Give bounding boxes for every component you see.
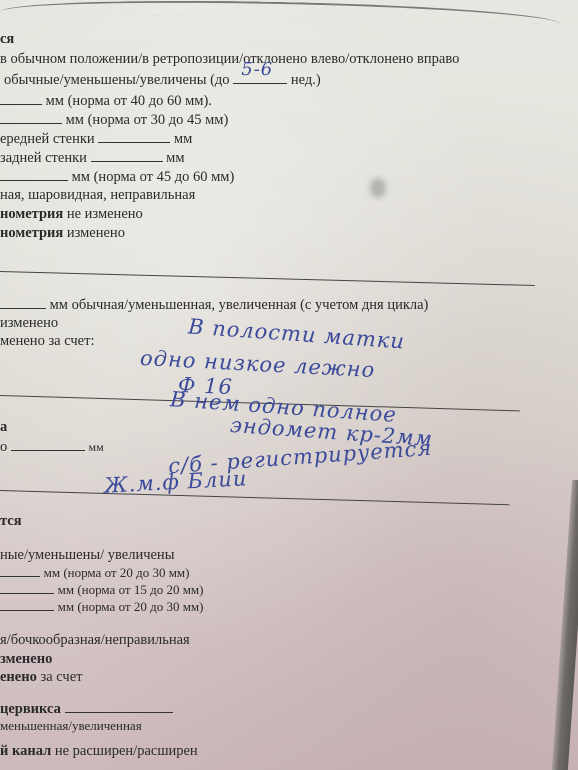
uterus-length-field[interactable] (0, 92, 42, 105)
uterus-ap-line: мм (норма от 45 до 60 мм) (0, 168, 234, 186)
divider-line (0, 271, 535, 286)
uterus-size-line: обычные/уменьшены/увеличены (до 5-6 нед.… (4, 71, 321, 89)
section3-size-field[interactable] (11, 438, 85, 451)
handwritten-weeks: 5-6 (241, 61, 273, 79)
posterior-wall-unit: мм (166, 150, 184, 166)
endometrium-thickness-field[interactable] (0, 296, 46, 309)
ovary-width-line: мм (норма от 15 до 20 мм) (0, 581, 203, 599)
cervix-length-field[interactable] (65, 700, 173, 713)
cervix-shape-options: я/бочкообразная/неправильная (0, 631, 190, 649)
section3-label: а (0, 418, 7, 436)
section4-heading: тся (0, 512, 22, 530)
top-curved-rule (0, 0, 560, 24)
cervical-canal-options: не расширен/расширен (55, 743, 198, 759)
cervical-canal-label: й канал (0, 743, 51, 759)
ovary-size-options: ные/уменьшены/ увеличены (0, 546, 174, 564)
uterus-ap-norm: мм (норма от 45 до 60 мм) (72, 169, 235, 185)
cervix-length-line: цервикса (0, 700, 173, 718)
cervix-changed-label: енено (0, 669, 37, 685)
uterus-length-line: мм (норма от 40 до 60 мм). (0, 92, 212, 110)
posterior-wall-line: задней стенки мм (0, 149, 185, 167)
handwritten-note-line-1: В полости матки (187, 314, 405, 353)
ovary-ap-field[interactable] (0, 598, 54, 611)
ink-smudge (370, 178, 386, 198)
section3-size-prefix: о (0, 439, 7, 455)
anterior-wall-field[interactable] (98, 130, 170, 143)
anterior-wall-label: ередней стенки (0, 131, 95, 147)
uterus-width-norm: мм (норма от 30 до 45 мм) (66, 112, 229, 128)
echometry-normal-option: не изменено (67, 206, 143, 222)
ovary-width-field[interactable] (0, 581, 54, 594)
ovary-length-line: мм (норма от 20 до 30 мм) (0, 564, 189, 582)
handwritten-note-line-2: одно низкое лежно (140, 346, 376, 382)
ovary-ap-norm: мм (норма от 20 до 30 мм) (58, 599, 204, 614)
echometry-label: нометрия (0, 225, 63, 241)
anterior-wall-unit: мм (174, 131, 192, 147)
section3-size-unit: мм (89, 440, 104, 454)
echometry-changed-line: нометрия изменено (0, 224, 125, 242)
uterus-length-norm: мм (норма от 40 до 60 мм). (46, 93, 212, 109)
uterus-size-options: обычные/уменьшены/увеличены (до (4, 72, 230, 88)
section1-heading: ся (0, 30, 14, 48)
posterior-wall-field[interactable] (91, 149, 163, 162)
echometry-label: нометрия (0, 206, 63, 222)
uterus-shape-options: ная, шаровидная, неправильная (0, 186, 195, 204)
section3-size-line: о мм (0, 438, 104, 456)
cervix-changed-due: за счет (40, 669, 82, 685)
cervix-label: цервикса (0, 701, 61, 717)
ovary-width-norm: мм (норма от 15 до 20 мм) (58, 582, 204, 597)
ovary-length-field[interactable] (0, 564, 40, 577)
cervix-unchanged: зменено (0, 650, 52, 668)
cervical-canal-line: й канал не расширен/расширен (0, 742, 198, 760)
posterior-wall-label: задней стенки (0, 150, 87, 166)
paper-edge-background (552, 480, 578, 770)
endometrium-unchanged: изменено (0, 314, 58, 332)
endometrium-thickness-options: мм обычная/уменьшенная, увеличенная (с у… (50, 297, 429, 313)
uterus-position-options: в обычном положении/в ретропозиции/откло… (0, 50, 459, 68)
anterior-wall-line: ередней стенки мм (0, 130, 192, 148)
uterus-width-line: мм (норма от 30 до 45 мм) (0, 111, 228, 129)
ovary-ap-line: мм (норма от 20 до 30 мм) (0, 598, 203, 616)
uterus-size-weeks-field[interactable]: 5-6 (233, 71, 287, 84)
echometry-normal-line: нометрия не изменено (0, 205, 143, 223)
endometrium-changed-due: менено за счет: (0, 332, 94, 350)
ovary-length-norm: мм (норма от 20 до 30 мм) (44, 565, 190, 580)
endometrium-thickness-line: мм обычная/уменьшенная, увеличенная (с у… (0, 296, 428, 314)
echometry-changed-option: изменено (67, 225, 125, 241)
weeks-unit: нед.) (291, 72, 321, 88)
cervix-size-options: меньшенная/увеличенная (0, 717, 142, 735)
divider-line (0, 490, 510, 505)
cervix-changed-line: енено за счет (0, 668, 82, 686)
uterus-width-field[interactable] (0, 111, 62, 124)
uterus-ap-field[interactable] (0, 168, 68, 181)
